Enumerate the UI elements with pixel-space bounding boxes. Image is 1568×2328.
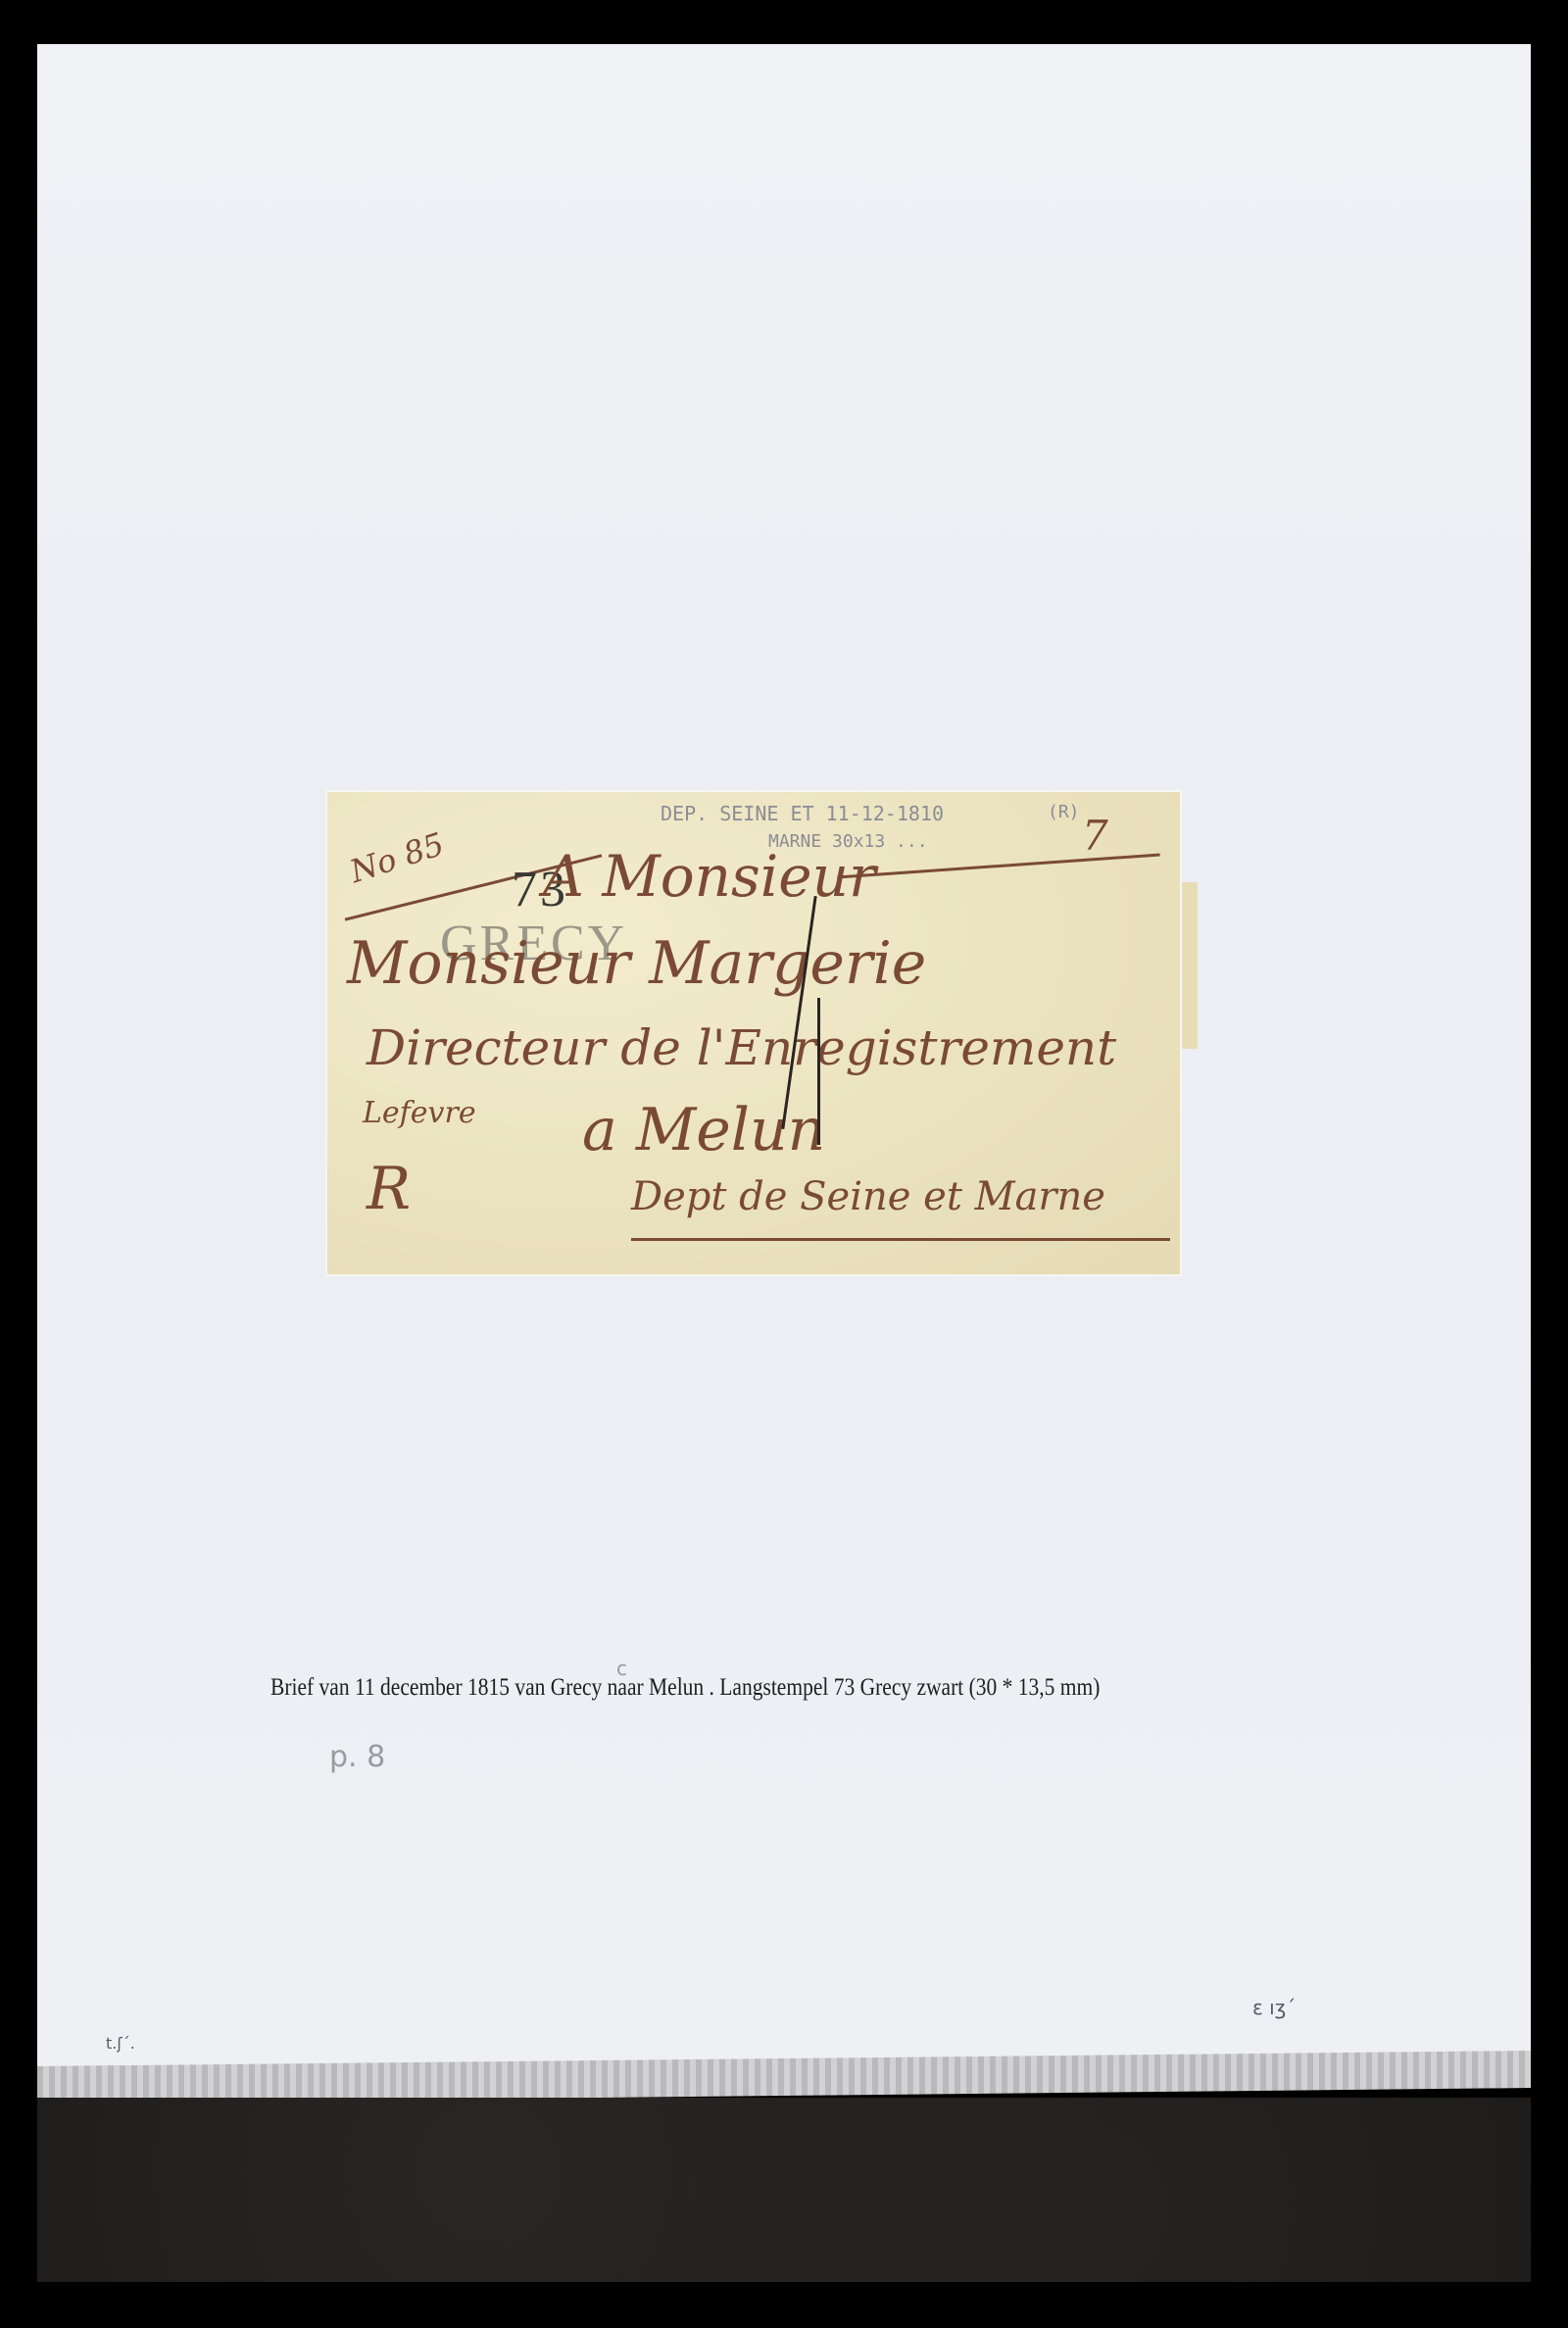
tax-stroke-2: [817, 998, 820, 1145]
address-line-5: Dept de Seine et Marne: [631, 1174, 1105, 1219]
page-reference: p. 8: [329, 1740, 385, 1774]
side-note: Lefevre: [363, 1096, 476, 1130]
pencil-circle-mark: (R): [1048, 802, 1080, 822]
page-caption: Brief van 11 december 1815 van Grecy naa…: [270, 1674, 1100, 1702]
address-underline: [631, 1238, 1170, 1241]
manuscript-number: No 85: [346, 825, 449, 890]
address-line-2: Monsieur Margerie: [347, 929, 926, 998]
letter-cover: DEP. SEINE ET 11-12-1810 MARNE 30x13 ...…: [327, 792, 1180, 1274]
pencil-note-bottom-left: t.ʃ´.: [106, 2034, 135, 2053]
background-fabric: [37, 2098, 1531, 2282]
address-line-1: A Monsieur: [543, 843, 876, 910]
side-initials: R: [367, 1155, 411, 1223]
pencil-note-bottom-right: ε ıʒ´: [1252, 1996, 1296, 2019]
address-line-3: Directeur de l'Enregistrement: [367, 1019, 1116, 1076]
rate-underline: [837, 853, 1159, 878]
pencil-annotation-1: DEP. SEINE ET 11-12-1810: [661, 802, 944, 825]
address-line-4: a Melun: [582, 1096, 825, 1164]
manuscript-rate: 7: [1082, 812, 1108, 860]
